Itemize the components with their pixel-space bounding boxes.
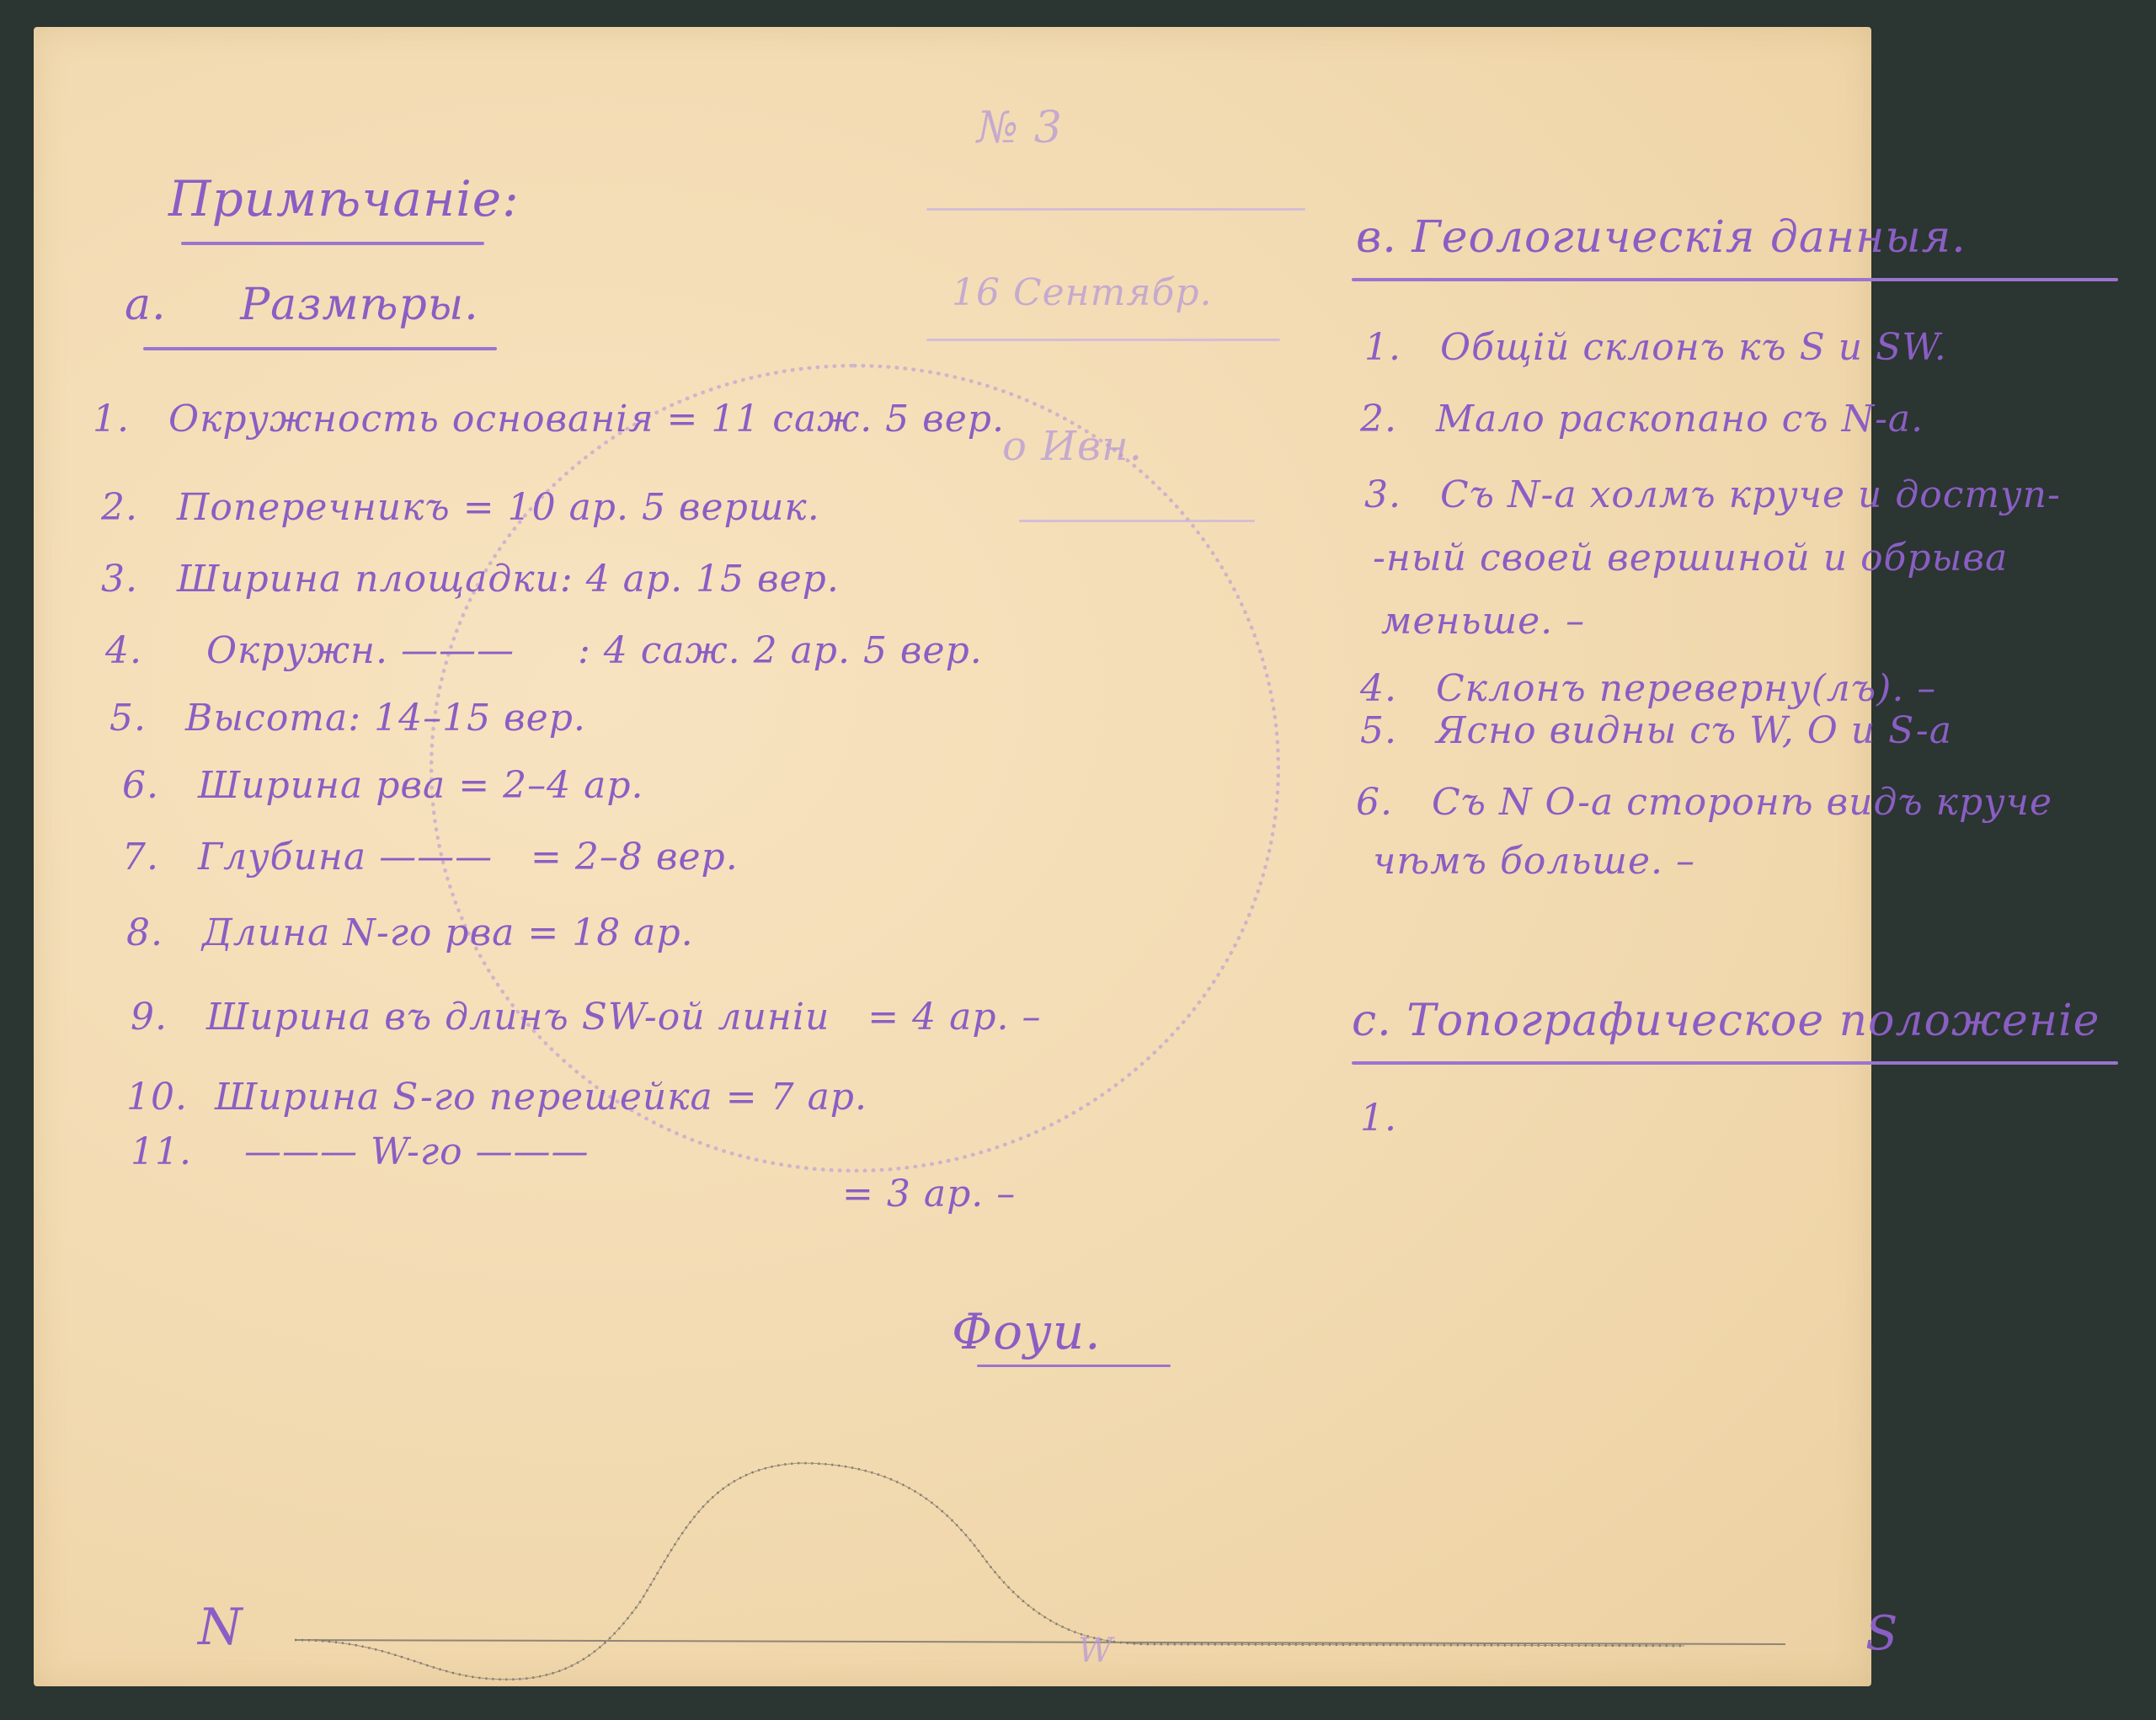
list-item: 10. Ширина S-го перешейка = 7 ар. [126, 1076, 867, 1119]
main-title: Примѣчаніе: [168, 170, 520, 227]
faint-rule [926, 339, 1280, 341]
section-a-title: Размѣры. [240, 280, 479, 330]
list-item: чѣмъ больше. – [1373, 840, 1695, 883]
list-item: 2.Поперечникъ = 10 ар. 5 вершк. [101, 486, 820, 529]
list-item: 1.Общій склонъ къ S и SW. [1364, 326, 1947, 369]
list-item: 3.Ширина площадки: 4 ар. 15 вер. [101, 558, 840, 601]
section-b-title: Геологическія данныя. [1412, 212, 1966, 263]
section-c-title: Топографическое положеніе [1406, 996, 2100, 1046]
list-item: 7.Глубина ——— = 2–8 вер. [122, 836, 739, 879]
list-item: 5.Ясно видны съ W, O и S-а [1360, 709, 1952, 752]
signature: Фоуи. [952, 1303, 1102, 1360]
list-item: меньше. – [1381, 600, 1585, 643]
section-b-label: в. [1356, 212, 1397, 263]
list-item: 1.Окружность основанія = 11 саж. 5 вер. [93, 398, 1005, 441]
title-underline [181, 242, 484, 245]
section-c-underline [1352, 1061, 2118, 1065]
section-a-heading: а. Размѣры. [125, 280, 479, 330]
faint-note-middle: 16 Сентябр. [952, 271, 1213, 314]
signature-underline [977, 1365, 1171, 1367]
list-item: 4. Окружн. ——— : 4 саж. 2 ар. 5 вер. [105, 629, 983, 672]
list-item: 5.Высота: 14–15 вер. [109, 697, 586, 740]
profile-label-north: N [198, 1598, 243, 1657]
list-item: 11. ——— W-го ——— [131, 1130, 590, 1173]
faint-rule [1019, 520, 1255, 522]
list-item: -ный своей вершиной и обрыва [1373, 537, 2008, 580]
profile-label-west: W [1078, 1632, 1113, 1670]
section-c-label: с. [1352, 996, 1392, 1046]
faint-note-top: № 3 [977, 103, 1063, 153]
list-item: 6.Ширина рва = 2–4 ар. [122, 764, 643, 807]
list-item: 6.Съ N O-а сторонѣ видъ круче [1356, 781, 2052, 824]
list-item: 1. [1360, 1097, 1436, 1140]
section-c-heading: с. Топографическое положеніе [1352, 996, 2100, 1046]
section-b-heading: в. Геологическія данныя. [1356, 212, 1967, 263]
list-item: 4.Склонъ переверну(лъ). – [1360, 667, 1936, 710]
list-item: 9.Ширина въ длинъ SW-ой линіи = 4 ар. – [131, 996, 1042, 1039]
faint-note-lower: о Ивн. [1002, 423, 1143, 470]
section-b-underline [1352, 278, 2118, 281]
faint-rule [926, 208, 1305, 211]
list-item-value: = 3 ар. – [842, 1172, 1016, 1215]
section-a-label: а. [125, 280, 167, 330]
list-item: 3.Съ N-а холмъ круче и доступ- [1364, 473, 2061, 516]
profile-sketch [202, 1450, 1937, 1686]
document-sheet: № 3 16 Сентябр. о Ивн. Примѣчаніе: а. Ра… [34, 27, 1871, 1686]
section-a-underline [143, 347, 497, 350]
list-item: 8.Длина N-го рва = 18 ар. [126, 911, 694, 954]
profile-label-south: S [1865, 1606, 1898, 1661]
list-item: 2.Мало раскопано съ N-а. [1360, 398, 1924, 441]
